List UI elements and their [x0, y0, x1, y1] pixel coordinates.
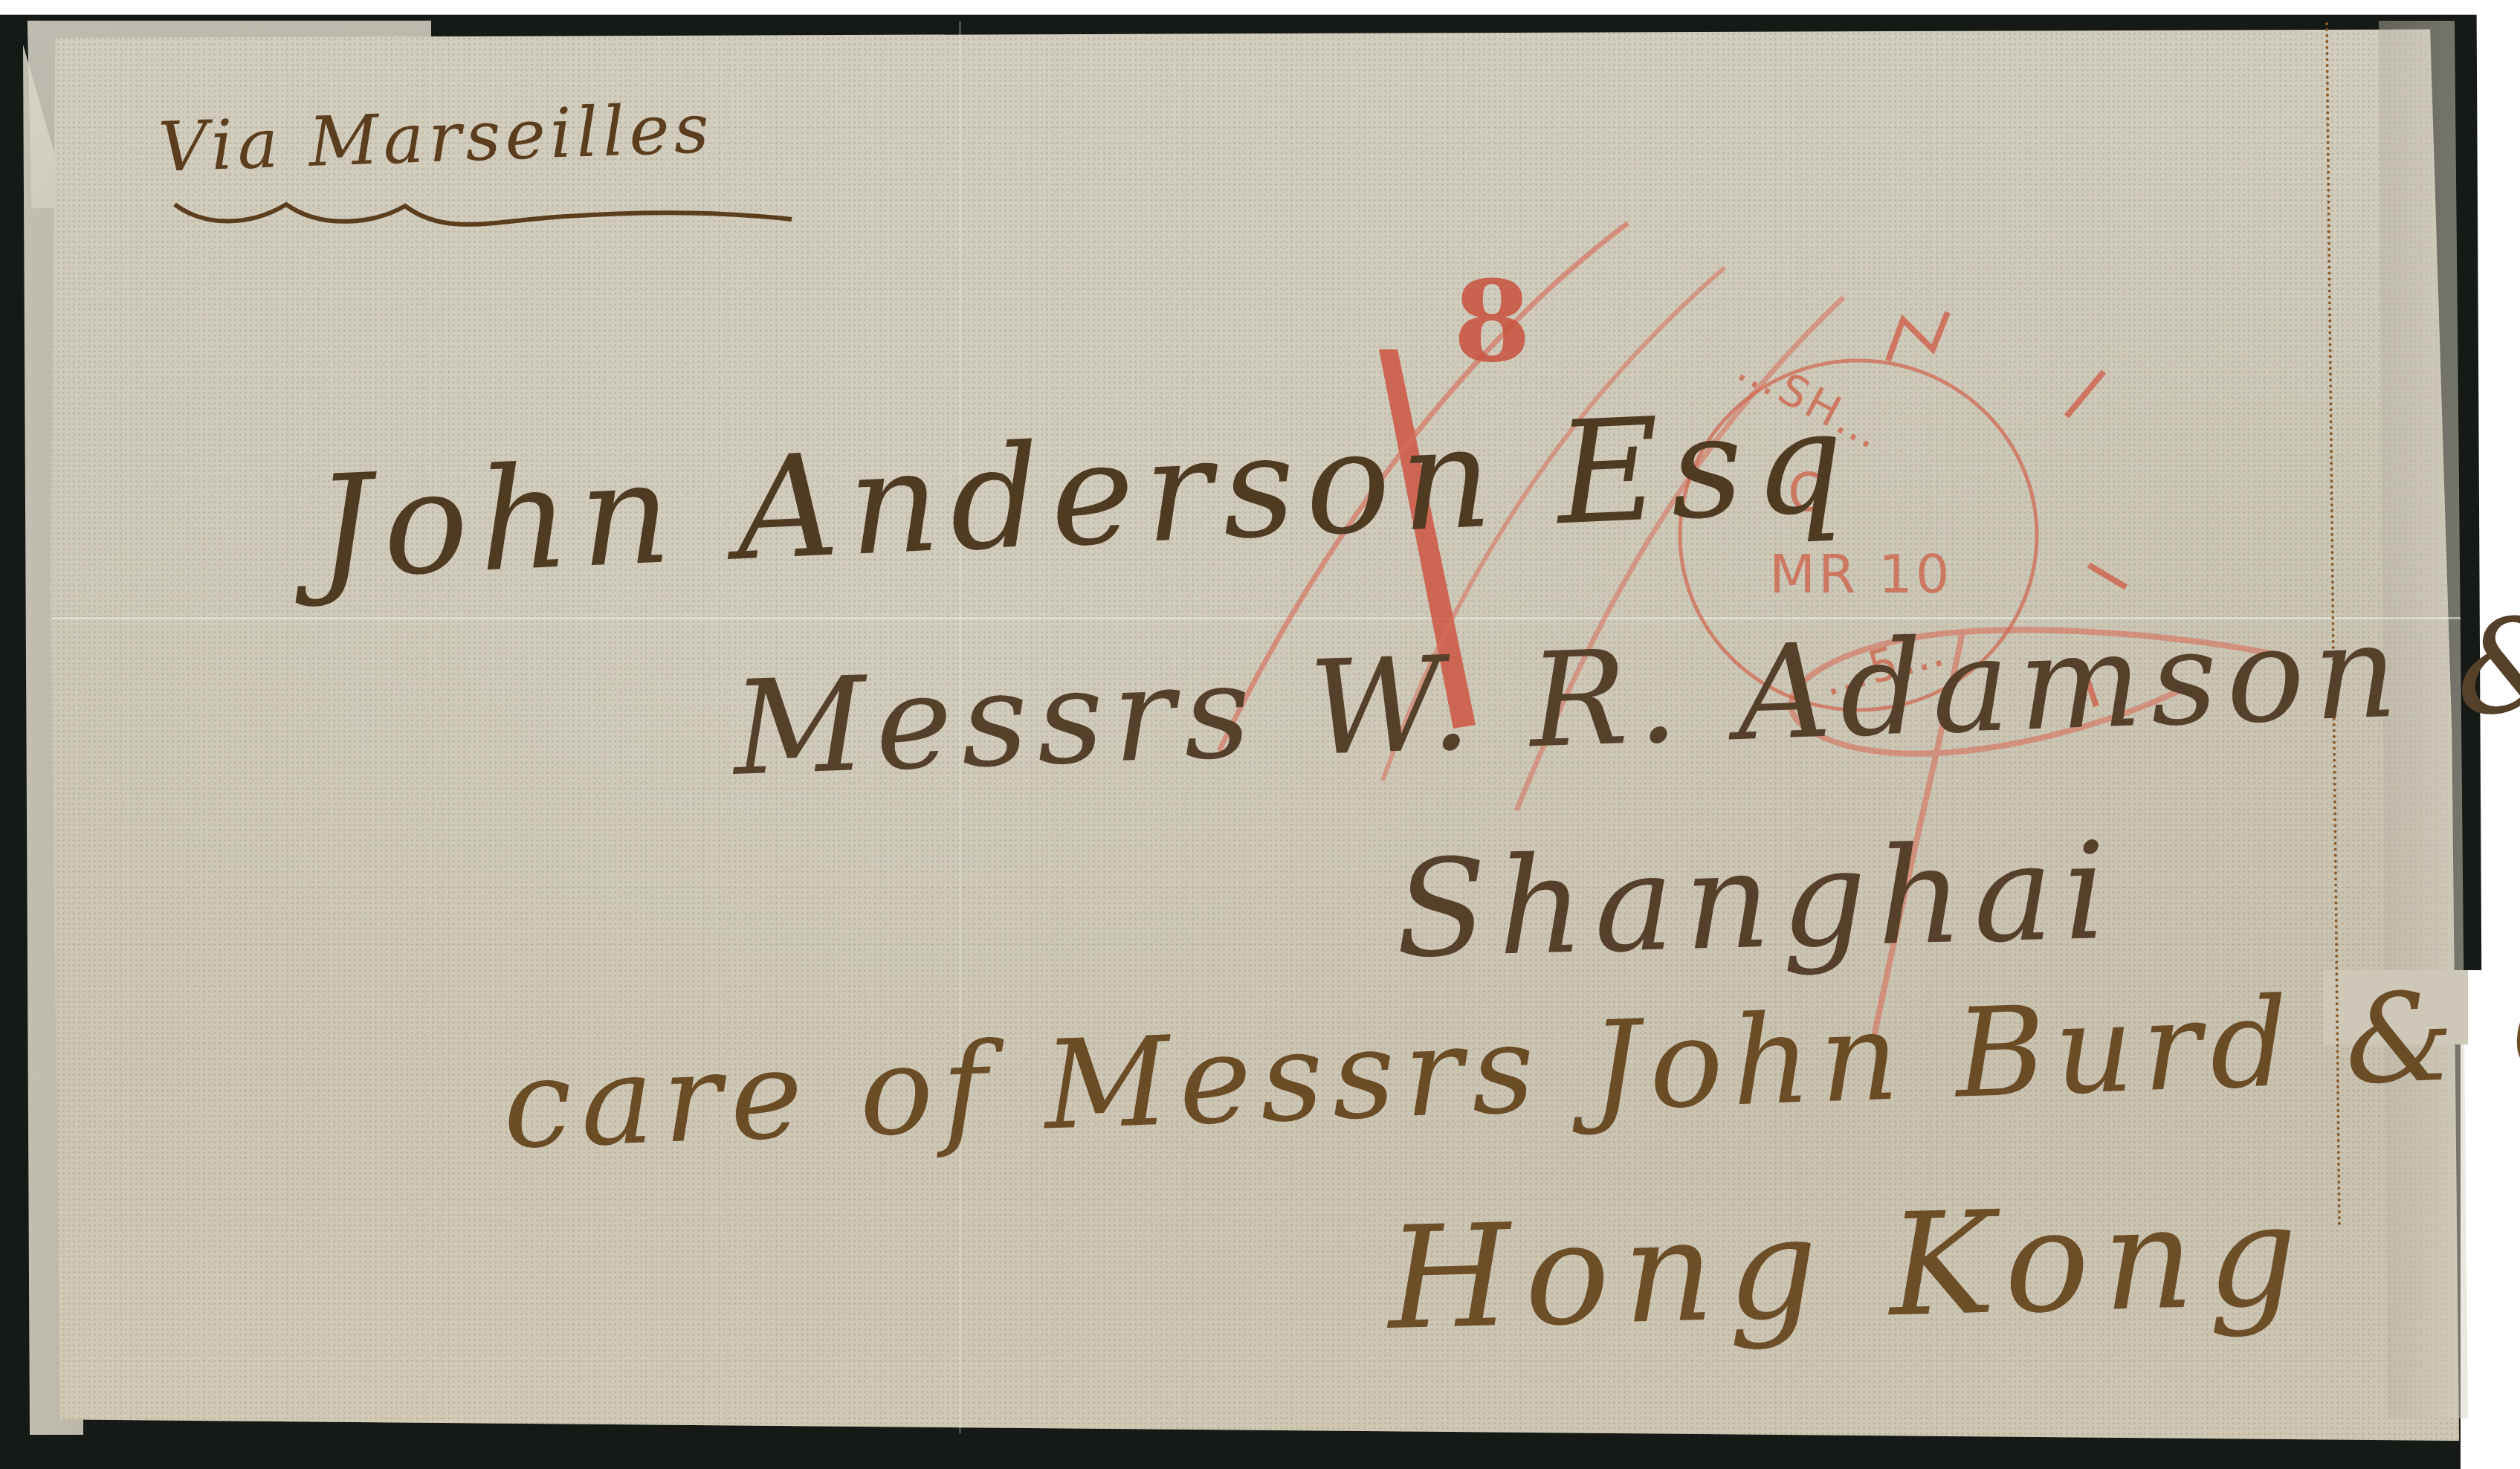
- address-forwarding-city: Hong Kong: [1386, 1173, 2313, 1361]
- rate-handstamp: 8: [1453, 256, 1531, 387]
- datestamp-date: MR 10: [1769, 543, 1953, 605]
- routing-endorsement-underline: [160, 190, 799, 234]
- address-city: Shanghai: [1394, 814, 2119, 988]
